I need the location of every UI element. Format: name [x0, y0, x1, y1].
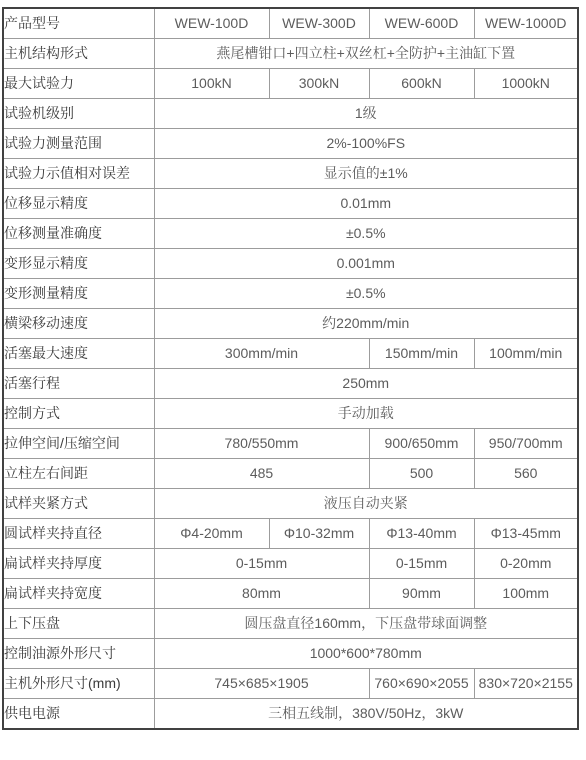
spec-label-cell: 供电电源: [3, 699, 154, 730]
spec-value-cell: 780/550mm: [154, 429, 369, 459]
spec-value-cell: 300mm/min: [154, 339, 369, 369]
spec-value-cell: Φ4-20mm: [154, 519, 269, 549]
table-row: 变形测量精度±0.5%: [3, 279, 578, 309]
spec-value-cell: 80mm: [154, 579, 369, 609]
spec-label-cell: 控制方式: [3, 399, 154, 429]
table-row: 试验力示值相对误差显示值的±1%: [3, 159, 578, 189]
spec-value-cell: 0.01mm: [154, 189, 578, 219]
table-row: 最大试验力100kN300kN600kN1000kN: [3, 69, 578, 99]
spec-value-cell: Φ13-40mm: [369, 519, 474, 549]
spec-label-cell: 变形测量精度: [3, 279, 154, 309]
spec-value-cell: 三相五线制，380V/50Hz，3kW: [154, 699, 578, 730]
spec-value-cell: WEW-100D: [154, 8, 269, 39]
spec-value-cell: WEW-1000D: [474, 8, 578, 39]
spec-label-cell: 上下压盘: [3, 609, 154, 639]
spec-label-cell: 扁试样夹持厚度: [3, 549, 154, 579]
spec-value-cell: 1000kN: [474, 69, 578, 99]
spec-value-cell: 手动加载: [154, 399, 578, 429]
spec-value-cell: 600kN: [369, 69, 474, 99]
table-row: 上下压盘圆压盘直径160mm，下压盘带球面调整: [3, 609, 578, 639]
table-row: 试验力测量范围2%-100%FS: [3, 129, 578, 159]
spec-label-cell: 扁试样夹持宽度: [3, 579, 154, 609]
spec-label-cell: 主机结构形式: [3, 39, 154, 69]
spec-label-cell: 主机外形尺寸(mm): [3, 669, 154, 699]
spec-label-cell: 圆试样夹持直径: [3, 519, 154, 549]
spec-value-cell: 0-15mm: [369, 549, 474, 579]
spec-label-cell: 立柱左右间距: [3, 459, 154, 489]
spec-value-cell: 2%-100%FS: [154, 129, 578, 159]
spec-value-cell: 0.001mm: [154, 249, 578, 279]
spec-value-cell: Φ13-45mm: [474, 519, 578, 549]
spec-value-cell: 显示值的±1%: [154, 159, 578, 189]
table-row: 控制方式手动加载: [3, 399, 578, 429]
spec-value-cell: 90mm: [369, 579, 474, 609]
table-row: 活塞行程250mm: [3, 369, 578, 399]
spec-value-cell: 485: [154, 459, 369, 489]
table-row: 立柱左右间距485500560: [3, 459, 578, 489]
table-row: 变形显示精度0.001mm: [3, 249, 578, 279]
table-row: 试样夹紧方式液压自动夹紧: [3, 489, 578, 519]
spec-value-cell: 圆压盘直径160mm，下压盘带球面调整: [154, 609, 578, 639]
spec-value-cell: 液压自动夹紧: [154, 489, 578, 519]
page: 产品型号WEW-100DWEW-300DWEW-600DWEW-1000D主机结…: [0, 0, 586, 760]
table-row: 扁试样夹持宽度80mm90mm100mm: [3, 579, 578, 609]
spec-label-cell: 拉伸空间/压缩空间: [3, 429, 154, 459]
spec-value-cell: 0-15mm: [154, 549, 369, 579]
spec-value-cell: 745×685×1905: [154, 669, 369, 699]
table-row: 活塞最大速度300mm/min150mm/min100mm/min: [3, 339, 578, 369]
spec-value-cell: 950/700mm: [474, 429, 578, 459]
spec-label-cell: 活塞最大速度: [3, 339, 154, 369]
spec-label-cell: 试验力测量范围: [3, 129, 154, 159]
spec-value-cell: 560: [474, 459, 578, 489]
spec-value-cell: Φ10-32mm: [269, 519, 369, 549]
table-row: 位移测量准确度±0.5%: [3, 219, 578, 249]
spec-label-cell: 产品型号: [3, 8, 154, 39]
spec-value-cell: 100mm: [474, 579, 578, 609]
spec-value-cell: 830×720×2155: [474, 669, 578, 699]
spec-value-cell: 250mm: [154, 369, 578, 399]
table-row: 控制油源外形尺寸1000*600*780mm: [3, 639, 578, 669]
spec-label-cell: 活塞行程: [3, 369, 154, 399]
spec-value-cell: ±0.5%: [154, 279, 578, 309]
table-row: 产品型号WEW-100DWEW-300DWEW-600DWEW-1000D: [3, 8, 578, 39]
table-row: 扁试样夹持厚度0-15mm0-15mm0-20mm: [3, 549, 578, 579]
table-row: 圆试样夹持直径Φ4-20mmΦ10-32mmΦ13-40mmΦ13-45mm: [3, 519, 578, 549]
spec-label-cell: 变形显示精度: [3, 249, 154, 279]
spec-label-cell: 试验机级别: [3, 99, 154, 129]
table-row: 拉伸空间/压缩空间780/550mm900/650mm950/700mm: [3, 429, 578, 459]
table-row: 主机结构形式燕尾槽钳口+四立柱+双丝杠+全防护+主油缸下置: [3, 39, 578, 69]
spec-label-cell: 试样夹紧方式: [3, 489, 154, 519]
spec-label-cell: 位移显示精度: [3, 189, 154, 219]
spec-value-cell: 1000*600*780mm: [154, 639, 578, 669]
spec-value-cell: ±0.5%: [154, 219, 578, 249]
table-row: 试验机级别1级: [3, 99, 578, 129]
spec-value-cell: 900/650mm: [369, 429, 474, 459]
spec-label-cell: 控制油源外形尺寸: [3, 639, 154, 669]
spec-label-cell: 最大试验力: [3, 69, 154, 99]
spec-value-cell: 约220mm/min: [154, 309, 578, 339]
spec-value-cell: 150mm/min: [369, 339, 474, 369]
spec-value-cell: WEW-300D: [269, 8, 369, 39]
spec-value-cell: 0-20mm: [474, 549, 578, 579]
spec-value-cell: 300kN: [269, 69, 369, 99]
spec-table: 产品型号WEW-100DWEW-300DWEW-600DWEW-1000D主机结…: [2, 7, 579, 730]
table-row: 主机外形尺寸(mm)745×685×1905760×690×2055830×72…: [3, 669, 578, 699]
spec-value-cell: 燕尾槽钳口+四立柱+双丝杠+全防护+主油缸下置: [154, 39, 578, 69]
spec-label-cell: 试验力示值相对误差: [3, 159, 154, 189]
spec-value-cell: 100kN: [154, 69, 269, 99]
spec-value-cell: 1级: [154, 99, 578, 129]
table-row: 位移显示精度0.01mm: [3, 189, 578, 219]
spec-value-cell: 500: [369, 459, 474, 489]
table-row: 横梁移动速度约220mm/min: [3, 309, 578, 339]
spec-value-cell: 760×690×2055: [369, 669, 474, 699]
table-row: 供电电源三相五线制，380V/50Hz，3kW: [3, 699, 578, 730]
spec-label-cell: 位移测量准确度: [3, 219, 154, 249]
spec-value-cell: 100mm/min: [474, 339, 578, 369]
spec-value-cell: WEW-600D: [369, 8, 474, 39]
spec-label-cell: 横梁移动速度: [3, 309, 154, 339]
